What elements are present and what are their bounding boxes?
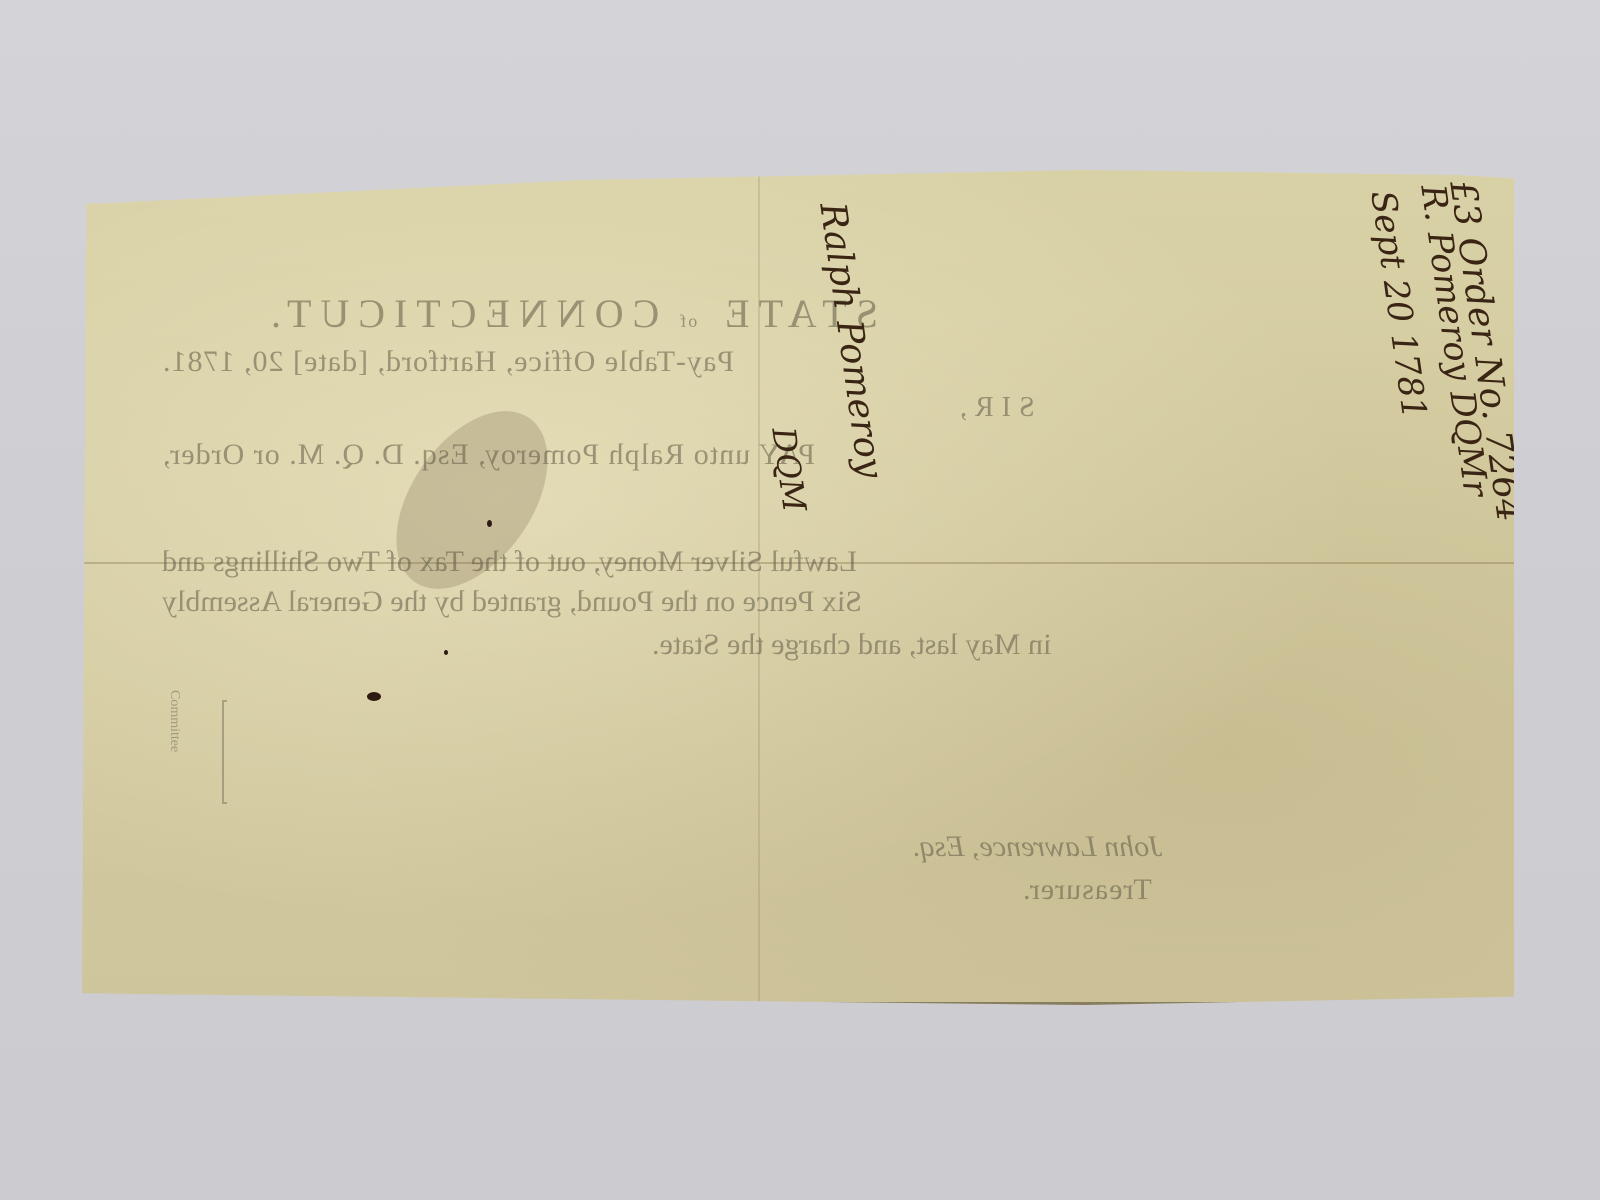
body-line-1: Lawful Silver Money, out of the Tax of T… — [162, 545, 857, 579]
ink-blot — [367, 692, 381, 701]
document-paper: STATE of CONNECTICUT. Pay-Table Office, … — [82, 170, 1514, 1005]
endorsement-payee-full: Ralph Pomeroy — [811, 200, 890, 481]
margin-bracket — [222, 700, 227, 804]
salutation: SIR, — [952, 392, 1035, 424]
treasurer-name: John Lawrence, Esq. — [912, 830, 1163, 864]
pay-line: PAY unto Ralph Pomeroy, Esq. D. Q. M. or… — [162, 438, 815, 472]
body-line-2: Six Pence on the Pound, granted by the G… — [162, 585, 862, 619]
treasurer-title: Treasurer. — [1022, 873, 1152, 907]
document-title: STATE of CONNECTICUT. — [262, 290, 878, 337]
ink-smudge — [365, 384, 578, 617]
margin-label: Committee — [166, 690, 182, 752]
office-line: Pay-Table Office, Hartford, [date] 20, 1… — [162, 345, 734, 379]
ink-speck — [487, 520, 492, 527]
body-line-3: in May last, and charge the State. — [652, 628, 1051, 662]
paper-bottom-edge — [82, 1002, 1514, 1005]
ink-speck — [444, 650, 448, 655]
